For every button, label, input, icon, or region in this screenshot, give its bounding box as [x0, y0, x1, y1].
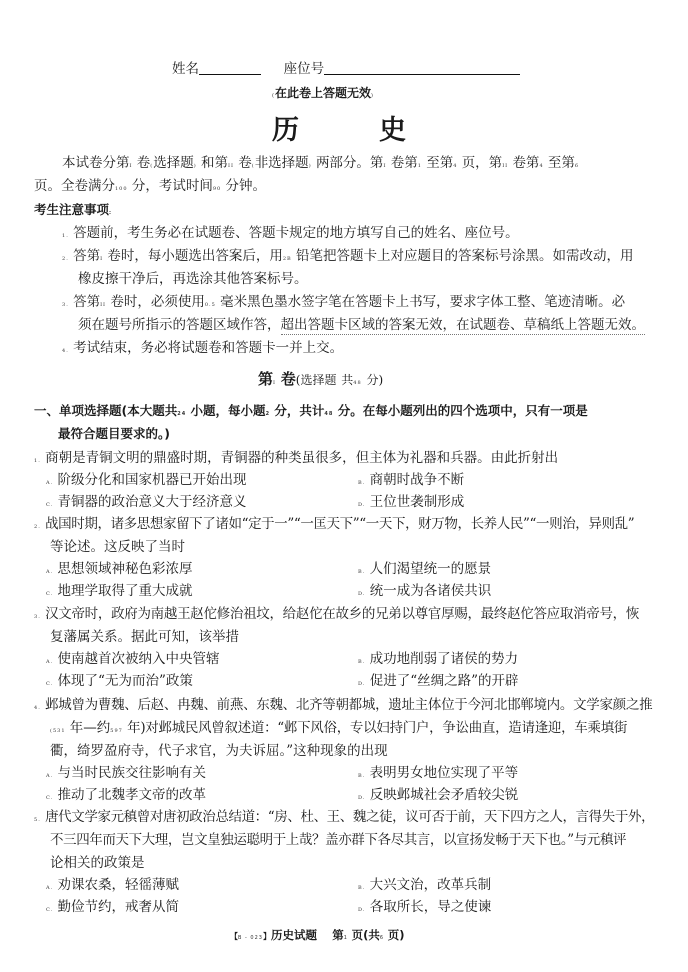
section-title: 第I 卷(选择题 共48 分) [258, 368, 383, 394]
page-footer: 【B - 023】历史试题 第1 页(共6 页) [230, 926, 405, 947]
question-stem: 4. 邺城曾为曹魏、后赵、冉魏、前燕、东魏、北齐等朝都城，遗址主体位于今河北邯郸… [34, 694, 652, 719]
subject-label: 历史试题 [271, 928, 317, 942]
question-stem: 3. 汉文帝时，政府为南越王赵佗修治祖坟，给赵佗在故乡的兄弟以尊官厚赐，最终赵佗… [34, 603, 639, 628]
title-char-2: 史 [379, 115, 406, 146]
intro-line-1: 本试卷分第I 卷(选择题) 和第II 卷(非选择题) 两部分。第I 卷第1 至第… [62, 152, 579, 177]
exam-code: B - 023 [238, 935, 263, 941]
name-field-row: 姓名 座位号 [172, 58, 520, 80]
title-char-1: 历 [272, 115, 299, 146]
note-item-2-cont: 橡皮擦干净后，再选涂其他答案标号。 [78, 268, 308, 290]
option-c[interactable]: C. 体现了“无为而治”政策 [46, 670, 193, 695]
name-label: 姓名 [172, 61, 199, 77]
seat-label: 座位号 [284, 61, 325, 77]
part-one-instructions-cont: 最符合题目要求的。) [58, 423, 170, 445]
total-pages: 6 [380, 935, 384, 941]
question-stem-cont: 不三四年而天下大理，岂文皇独运聪明于上哉？盖亦群下各尽其言，以宣扬发畅于天下也。… [50, 829, 626, 851]
question-stem-cont: 复藩属关系。据此可知，该举措 [50, 626, 239, 648]
note-item-1: 1. 答题前，考生务必在试题卷、答题卡规定的地方填写自己的姓名、座位号。 [62, 222, 519, 247]
question-stem: 5. 唐代文学家元稹曾对唐初政治总结道：“房、杜、王、魏之徒，议可否于前，天下四… [34, 806, 654, 831]
note-item-4: 4. 考试结束，务必将试题卷和答题卡一并上交。 [62, 337, 343, 362]
option-d[interactable]: D. 统一成为各诸侯共识 [358, 580, 491, 605]
option-d[interactable]: D. 各取所长，导之使谏 [358, 896, 491, 921]
notice: (在此卷上答题无效) [272, 84, 374, 101]
name-blank[interactable] [199, 74, 261, 75]
exam-page: 姓名 座位号 (在此卷上答题无效) 历史 本试卷分第I 卷(选择题) 和第II … [0, 0, 688, 972]
note-item-3: 3. 答第II 卷时，必须使用0.5 毫米黑色墨水签字笔在答题卡上书写，要求字体… [62, 291, 625, 316]
notes-heading: 考生注意事项: [34, 199, 112, 224]
part-one-instructions: 一、单项选择题(本大题共24 小题，每小题2 分，共计48 分。在每小题列出的四… [34, 400, 588, 425]
page-title: 历史 [272, 108, 406, 147]
question-stem-cont-2: 衢，绮罗盈府寺，代子求官，为夫诉屈。”这种现象的出现 [50, 740, 388, 762]
intro-line-2: 页。全卷满分100 分，考试时间90 分钟。 [34, 175, 266, 200]
page-number: 1 [344, 935, 348, 941]
question-stem: 2. 战国时期，诸多思想家留下了诸如“定于一”“一匡天下”“一天下，财万物，长养… [34, 513, 634, 538]
emphasized-text: 超出答题卡区域的答案无效，在试题卷、草稿纸上答题无效。 [281, 317, 646, 335]
option-d[interactable]: D. 促进了“丝绸之路”的开辟 [358, 670, 519, 695]
question-stem-cont-2: 论相关的政策是 [50, 852, 145, 874]
note-item-3-cont: 须在题号所指示的答题区域作答，超出答题卡区域的答案无效，在试题卷、草稿纸上答题无… [78, 314, 645, 336]
note-item-2: 2. 答第I 卷时，每小题选出答案后，用2B 铅笔把答题卡上对应题目的答案标号涂… [62, 245, 634, 270]
question-stem-cont: 等论述。这反映了当时 [50, 536, 185, 558]
question-stem-cont: (531 年—约597 年)对邺城民风曾叙述道：“邺下风俗，专以妇持门户，争讼曲… [50, 717, 627, 742]
option-c[interactable]: C. 勤俭节约，戒奢从简 [46, 896, 179, 921]
seat-blank[interactable] [324, 74, 520, 75]
option-c[interactable]: C. 地理学取得了重大成就 [46, 580, 193, 605]
